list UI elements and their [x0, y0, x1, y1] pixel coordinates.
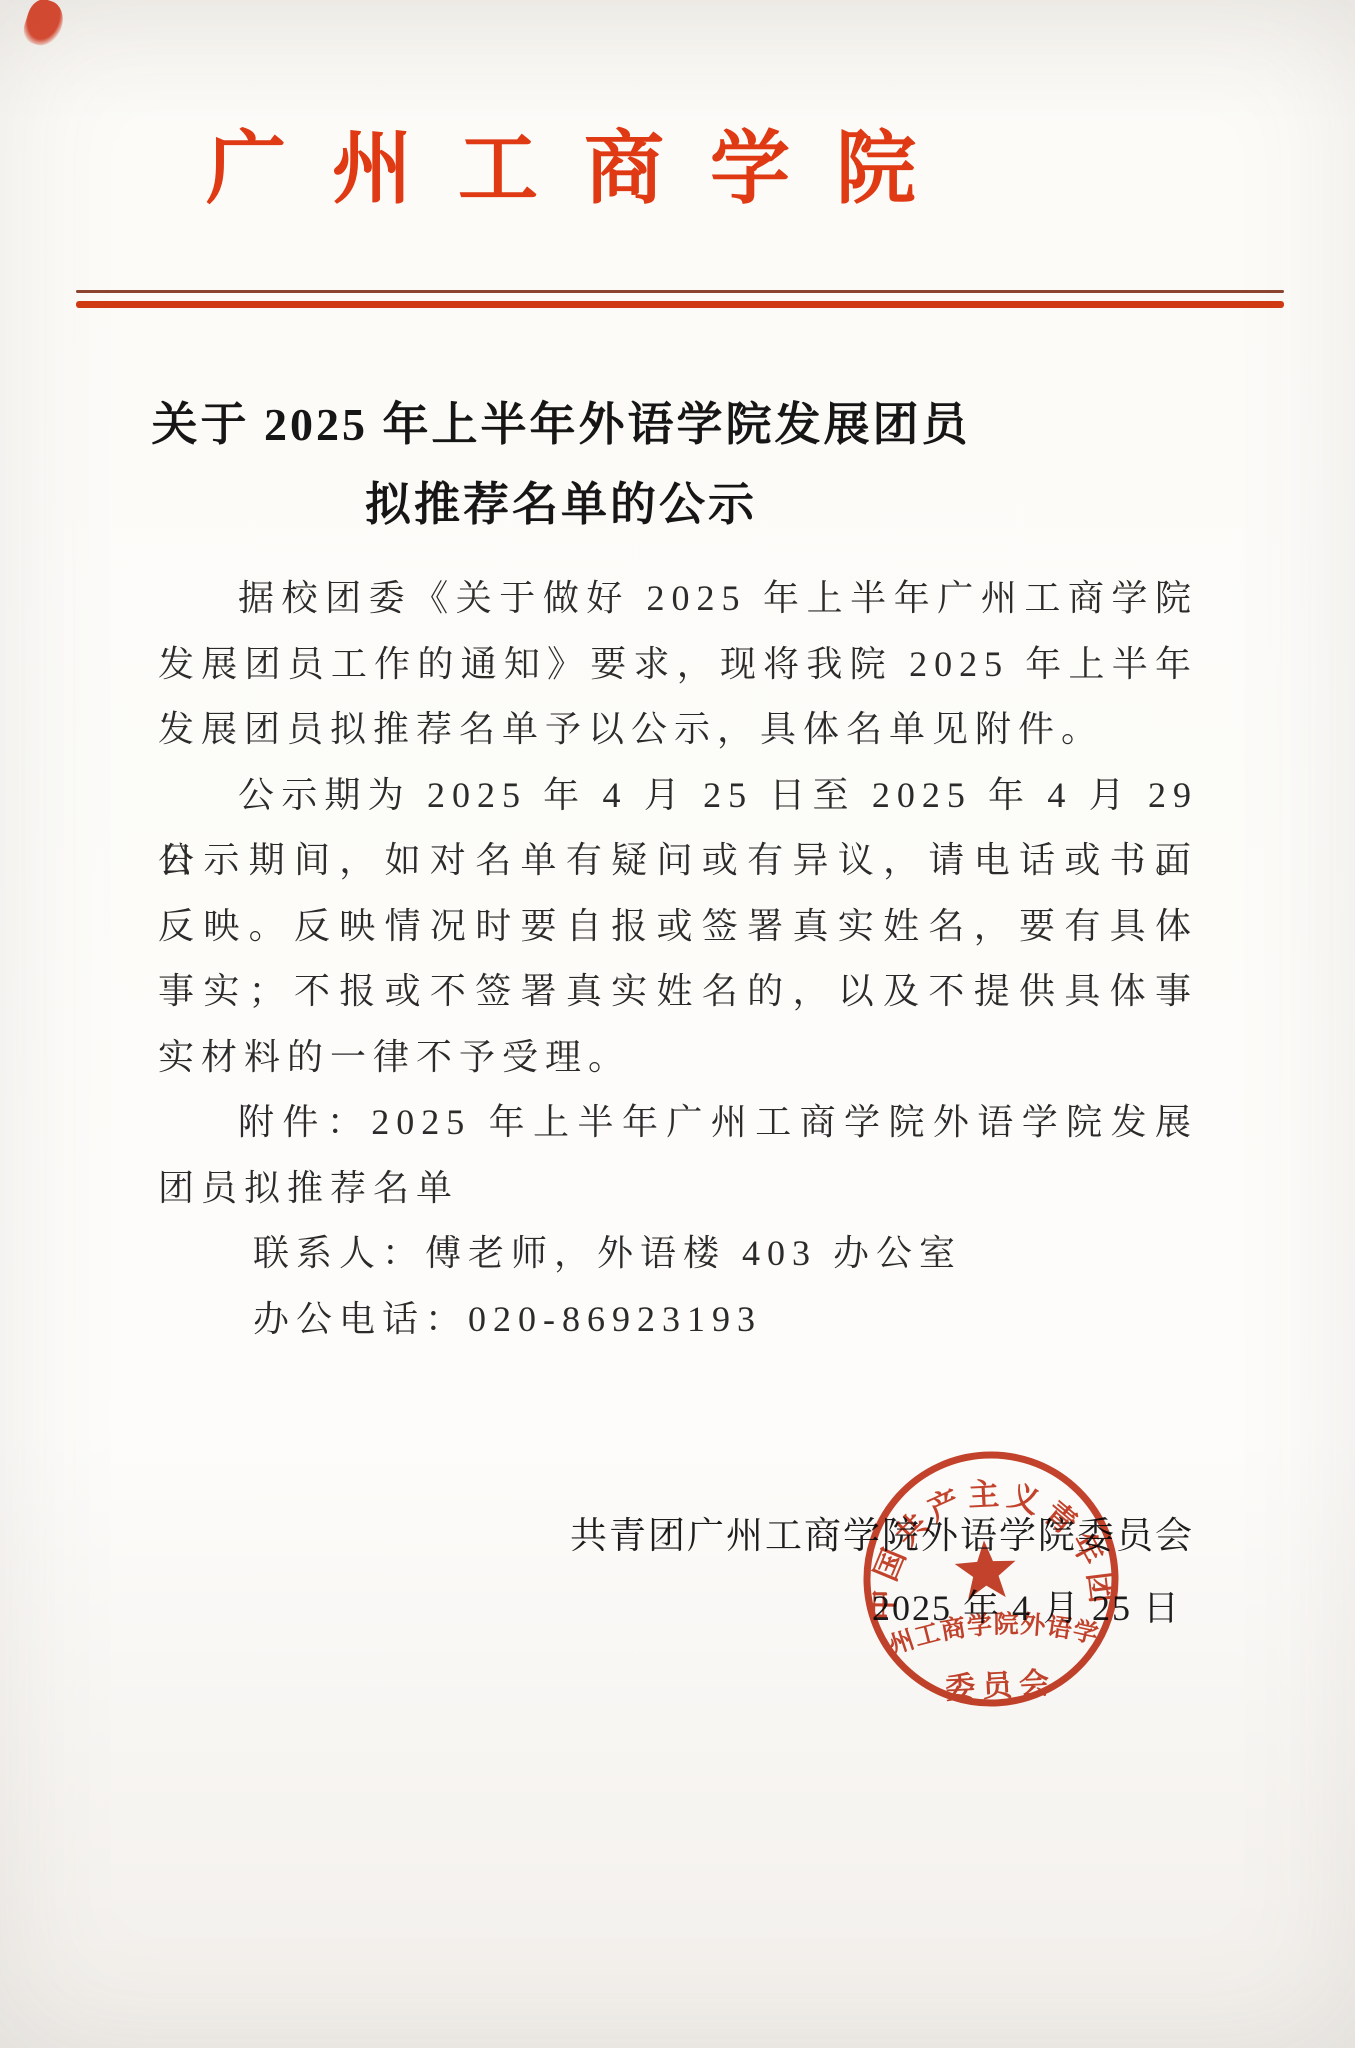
body-line: 发展团员工作的通知》要求，现将我院 2025 年上半年 — [158, 632, 1198, 698]
notice-title-line-1: 关于 2025 年上半年外语学院发展团员 — [0, 388, 1122, 454]
seal-bottom-text: 委员会 — [944, 1667, 1057, 1706]
body-line: 事实；不报或不签署真实姓名的，以及不提供具体事 — [158, 959, 1198, 1025]
notice-body: 据校团委《关于做好 2025 年上半年广州工商学院 发展团员工作的通知》要求，现… — [158, 566, 1198, 1352]
letterhead-title: 广州工商学院 — [206, 126, 962, 214]
body-line: 公示期间，如对名单有疑问或有异议，请电话或书面 — [158, 828, 1198, 894]
red-ink-mark — [20, 0, 68, 50]
body-line: 反映。反映情况时要自报或签署真实姓名，要有具体 — [158, 894, 1198, 960]
letterhead-rule-thin — [76, 290, 1284, 293]
attachment-line: 团员拟推荐名单 — [158, 1156, 1198, 1222]
letterhead-rule-thick — [76, 301, 1284, 308]
contact-person-line: 联系人：傅老师，外语楼 403 办公室 — [158, 1221, 1198, 1287]
body-line: 实材料的一律不予受理。 — [158, 1025, 1198, 1091]
body-line: 公示期为 2025 年 4 月 25 日至 2025 年 4 月 29 日。 — [158, 763, 1198, 829]
attachment-line: 附件：2025 年上半年广州工商学院外语学院发展 — [158, 1090, 1198, 1156]
document-page: 广州工商学院 关于 2025 年上半年外语学院发展团员 拟推荐名单的公示 据校团… — [0, 0, 1355, 2048]
body-line: 发展团员拟推荐名单予以公示，具体名单见附件。 — [158, 697, 1198, 763]
notice-title-line-2: 拟推荐名单的公示 — [0, 468, 1122, 534]
official-seal: 中国共产主义青年团 广州工商学院外语学院 委员会 — [849, 1437, 1133, 1721]
seal-star-icon — [954, 1539, 1018, 1600]
body-line: 据校团委《关于做好 2025 年上半年广州工商学院 — [158, 566, 1198, 632]
contact-phone-line: 办公电话：020-86923193 — [158, 1287, 1198, 1353]
